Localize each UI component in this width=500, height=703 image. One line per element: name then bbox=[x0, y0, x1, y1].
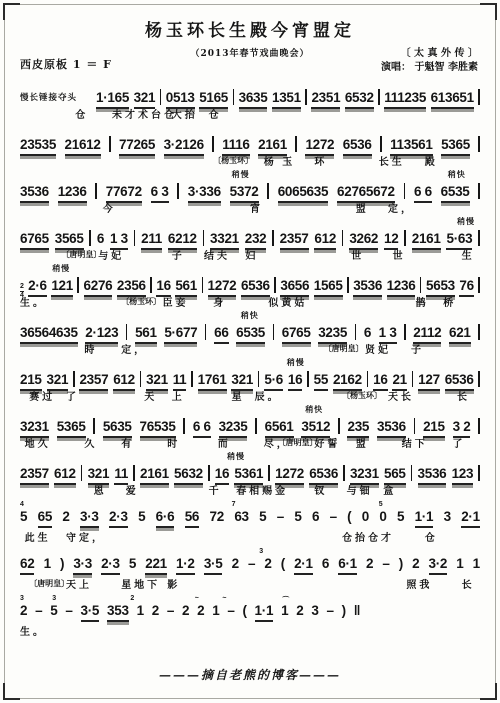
lyric-line: 仓未才术台仓大抬仓 bbox=[20, 106, 480, 119]
lyric-line: 時定，〔唐明皇〕贤妃子 bbox=[20, 341, 480, 354]
lyric-syllable: 天 bbox=[144, 388, 157, 403]
lyric-syllable: 盟 bbox=[356, 435, 369, 450]
lyric-syllable: 仓 bbox=[75, 106, 88, 121]
grace-note: ~ bbox=[222, 595, 226, 602]
role-label: 〔唐明皇〕 bbox=[324, 343, 364, 354]
barline bbox=[355, 324, 357, 340]
note-group: – bbox=[382, 556, 389, 573]
barline bbox=[420, 277, 422, 293]
grace-note: ~ bbox=[195, 595, 199, 602]
lyric-syllable: 影 bbox=[167, 576, 180, 591]
note-group: 1 bbox=[137, 603, 144, 620]
note-group: 1 bbox=[281, 603, 288, 620]
barline bbox=[202, 277, 204, 293]
lyric-syllable: 时 bbox=[167, 435, 180, 450]
lyric-syllable: 子 bbox=[172, 247, 185, 262]
lyric-syllable: 鹊 bbox=[416, 294, 429, 309]
barline bbox=[307, 371, 309, 387]
note-group: 2 bbox=[197, 603, 204, 620]
lyric-syllable: 长 bbox=[462, 576, 475, 591]
note-group: 353 bbox=[107, 603, 129, 622]
notation-line: 稍慢242·6121627623561656112726536365615653… bbox=[20, 262, 480, 309]
barline bbox=[177, 183, 179, 199]
note-group: 3·5 bbox=[81, 603, 100, 622]
role-label: 〔杨玉环〕 bbox=[342, 390, 382, 401]
note-group: ‖ bbox=[354, 603, 360, 620]
tempo-mark: 稍快 bbox=[241, 310, 259, 321]
lyric-syllable: 臣妾 bbox=[163, 294, 189, 309]
barline bbox=[77, 277, 79, 293]
note-group: 2·3 bbox=[109, 509, 128, 528]
lyric-syllable: 结夫 bbox=[204, 247, 230, 262]
lyric-syllable: 仓抬仓才 bbox=[342, 529, 394, 544]
note-group: ) bbox=[399, 556, 403, 573]
lyric-syllable: 桥 bbox=[443, 294, 456, 309]
percussion-pattern-label: 慢长锤接夺头 bbox=[20, 91, 94, 103]
performers-label: 演唱： 于魁智 李胜素 bbox=[381, 58, 478, 73]
notation-line: 稍慢21532123576123211117613215·61655216216… bbox=[20, 356, 480, 403]
barline bbox=[109, 136, 111, 152]
lyric-line: 〔唐明皇〕天上星地下影照我长 bbox=[20, 576, 480, 589]
note-group: 2 bbox=[296, 603, 303, 620]
barline bbox=[140, 371, 142, 387]
barline bbox=[378, 89, 380, 105]
note-group: 3·3 bbox=[73, 556, 92, 575]
barline bbox=[411, 465, 413, 481]
barline bbox=[380, 136, 382, 152]
grace-note: 4 bbox=[20, 501, 24, 508]
note-group: 6 bbox=[322, 556, 329, 573]
lyric-syllable: 而 bbox=[218, 435, 231, 450]
tempo-mark: 稍慢 bbox=[227, 451, 245, 462]
tempo-mark: 稍快 bbox=[305, 404, 323, 415]
lyric-syllable: 生。 bbox=[20, 294, 46, 309]
lyric-syllable: 爱 bbox=[126, 482, 139, 497]
barline bbox=[478, 277, 480, 293]
note-group: ( bbox=[242, 603, 246, 620]
tempo-mark: 稍慢 bbox=[287, 357, 305, 368]
tempo-mark: 稍慢 bbox=[232, 169, 250, 180]
lyric-syllable: 地久 bbox=[25, 435, 51, 450]
barline bbox=[267, 183, 269, 199]
corner-mark-top-right bbox=[480, 3, 497, 20]
lyric-syllable: 恩 bbox=[94, 482, 107, 497]
note-group: 1 bbox=[212, 603, 219, 620]
note-group: ) bbox=[60, 556, 64, 573]
tempo-mark: 稍快 bbox=[448, 169, 466, 180]
note-group: 65 bbox=[38, 509, 52, 528]
note-group: 5 bbox=[294, 509, 301, 526]
note-group: – bbox=[326, 603, 333, 620]
lyric-syllable: 与钿 bbox=[347, 482, 373, 497]
grace-note: 3 bbox=[52, 595, 56, 602]
note-group: 221 bbox=[145, 556, 167, 575]
barline bbox=[150, 277, 152, 293]
note-group: 1·2 bbox=[176, 556, 195, 575]
note-group: – bbox=[330, 509, 337, 526]
note-group: 5 bbox=[138, 509, 145, 526]
note-group: 1 bbox=[473, 556, 480, 573]
music-line: 56523·32·356·65672635–56–(0051·132·1 bbox=[20, 509, 480, 528]
barline bbox=[295, 136, 297, 152]
lyric-line: 〔唐明皇〕与妃子结夫妇世世生 bbox=[20, 247, 480, 260]
lyric-syllable: 有 bbox=[121, 435, 134, 450]
lyric-syllable: 盒 bbox=[383, 482, 396, 497]
lyric-syllable: 生 bbox=[462, 247, 475, 262]
note-group: ) bbox=[342, 603, 346, 620]
lyric-syllable: 春相赐金 bbox=[236, 482, 288, 497]
note-group: ( bbox=[281, 556, 285, 573]
note-group: 5 bbox=[397, 509, 404, 526]
barline bbox=[212, 136, 214, 152]
barline bbox=[478, 89, 480, 105]
barline bbox=[205, 324, 207, 340]
notation-line: 慢长锤接夺头1·16532105135165363513512351653211… bbox=[20, 74, 480, 121]
notation-line: 稍快323153655635765356 6323565613512235353… bbox=[20, 403, 480, 450]
lyric-syllable: 妇 bbox=[245, 247, 258, 262]
lyric-syllable: 天上 bbox=[66, 576, 92, 591]
corner-mark-bottom-right bbox=[480, 683, 497, 700]
lyric-syllable: 定， bbox=[388, 200, 414, 215]
barline bbox=[191, 371, 193, 387]
barline bbox=[338, 418, 340, 434]
barline bbox=[273, 324, 275, 340]
note-group: 0 bbox=[379, 509, 386, 526]
lyric-syllable: 殿 bbox=[425, 153, 438, 168]
barline bbox=[478, 230, 480, 246]
notation-line: 稍慢6765356561 321162123321232235761232621… bbox=[20, 215, 480, 262]
barline bbox=[347, 277, 349, 293]
lyric-syllable: 大抬 bbox=[172, 106, 198, 121]
note-group: 6 bbox=[97, 231, 104, 248]
lyric-syllable: 贤妃 bbox=[365, 341, 391, 356]
lyric-line: 赛过了天上星辰。〔杨玉环〕天长长 bbox=[20, 388, 480, 401]
barline bbox=[73, 371, 75, 387]
note-group: 1·1 bbox=[255, 603, 274, 622]
note-group: 2 bbox=[62, 509, 69, 526]
lyric-syllable: 似黄姑 bbox=[268, 294, 307, 309]
lyric-syllable: 玉 bbox=[282, 153, 295, 168]
barline bbox=[160, 89, 162, 105]
note-group: 3·3 bbox=[80, 509, 99, 528]
barline bbox=[81, 465, 83, 481]
note-group: 2 bbox=[182, 603, 189, 620]
notation-lines: 慢长锤接夺头1·16532105135165363513512351653211… bbox=[20, 74, 480, 638]
music-line: 621)3·32·352211·23·52–2(2·166·12–)23·211 bbox=[20, 556, 480, 575]
note-group: 3 bbox=[444, 509, 451, 526]
lyric-syllable: 长 bbox=[457, 388, 470, 403]
barline bbox=[208, 465, 210, 481]
note-group: 6 bbox=[364, 325, 371, 342]
barline bbox=[478, 465, 480, 481]
role-label: 〔杨玉环〕 bbox=[121, 296, 161, 307]
barline bbox=[404, 230, 406, 246]
lyric-syllable: 了 bbox=[66, 388, 79, 403]
barline bbox=[126, 324, 128, 340]
lyric-line: 生。〔杨玉环〕臣妾身似黄姑鹊桥 bbox=[20, 294, 480, 307]
grace-note: 2 bbox=[130, 595, 134, 602]
lyric-syllable: 世 bbox=[393, 247, 406, 262]
lyric-syllable: 杨 bbox=[264, 153, 277, 168]
role-label: 〔杨玉环〕 bbox=[213, 155, 253, 166]
lyric-syllable: 千 bbox=[209, 482, 222, 497]
note-group: 2 bbox=[366, 556, 373, 573]
notation-line: 3621)3·32·352211·23·52–2(2·166·12–)23·21… bbox=[20, 544, 480, 591]
notation-line: 稍慢稍快35361236776726 33·336537260656356276… bbox=[20, 168, 480, 215]
lyric-syllable: 盟 bbox=[356, 200, 369, 215]
barline bbox=[274, 277, 276, 293]
lyric-line: 〔杨玉环〕杨玉环长生殿 bbox=[20, 153, 480, 166]
lyric-syllable: 结下 bbox=[402, 435, 428, 450]
barline bbox=[412, 371, 414, 387]
lyric-syllable: 赛过 bbox=[29, 388, 55, 403]
grace-note: 3 bbox=[259, 548, 263, 555]
lyric-syllable: 好誓 bbox=[314, 435, 340, 450]
note-group: 1 bbox=[456, 556, 463, 573]
barline bbox=[478, 183, 480, 199]
note-group: 62 bbox=[20, 556, 34, 575]
footer-credit: ———摘自老熊的博客——— bbox=[18, 666, 482, 683]
note-group: 1·1 bbox=[415, 509, 434, 528]
role-label: 〔唐明皇〕 bbox=[278, 437, 318, 448]
note-group: 3·2 bbox=[429, 556, 448, 575]
notation-line: 2353521612772653·21261116216112726536113… bbox=[20, 121, 480, 168]
barline bbox=[134, 230, 136, 246]
barline bbox=[133, 465, 135, 481]
note-group: 2 bbox=[152, 603, 159, 620]
note-group: 63 bbox=[234, 509, 248, 526]
barline bbox=[233, 89, 235, 105]
grace-note: 3 bbox=[20, 595, 24, 602]
note-group: – bbox=[227, 603, 234, 620]
notation-line: 332~~⌒2–5–3·535312–221–(1·1123–)‖生。 bbox=[20, 591, 480, 638]
note-group: – bbox=[35, 603, 42, 620]
note-group: 5 bbox=[259, 509, 266, 526]
notation-line: 稍慢23576123211121615632165361127265363231… bbox=[20, 450, 480, 497]
barline bbox=[478, 324, 480, 340]
lyric-syllable: 仓 bbox=[425, 529, 438, 544]
lyric-syllable: 未才术台仓 bbox=[112, 106, 177, 121]
note-group: – bbox=[277, 509, 284, 526]
note-group: – bbox=[167, 603, 174, 620]
note-group: 2 bbox=[412, 556, 419, 573]
barline bbox=[305, 89, 307, 105]
note-group: 2 bbox=[264, 556, 271, 573]
barline bbox=[342, 230, 344, 246]
grace-note: 5 bbox=[379, 501, 383, 508]
tempo-mark: 稍慢 bbox=[457, 216, 475, 227]
note-group: 72 bbox=[210, 509, 224, 526]
tempo-mark: 稍慢 bbox=[52, 263, 70, 274]
barline bbox=[95, 183, 97, 199]
lyric-syllable: 守定， bbox=[66, 529, 105, 544]
notation-line: 47556523·32·356·65672635–56–(0051·132·1此… bbox=[20, 497, 480, 544]
lyric-syllable: 今 bbox=[103, 200, 116, 215]
barline bbox=[272, 230, 274, 246]
lyric-syllable: 钗 bbox=[314, 482, 327, 497]
barline bbox=[414, 418, 416, 434]
note-group: 2 bbox=[232, 556, 239, 573]
lyric-syllable: 此生 bbox=[25, 529, 51, 544]
role-label: 〔唐明皇〕 bbox=[61, 249, 101, 260]
barline bbox=[203, 230, 205, 246]
note-group: 2·1 bbox=[294, 556, 313, 575]
barline bbox=[258, 371, 260, 387]
barline bbox=[183, 418, 185, 434]
role-label: 〔唐明皇〕 bbox=[29, 578, 69, 589]
note-group: 2·1 bbox=[461, 509, 480, 528]
barline bbox=[268, 465, 270, 481]
lyric-line: 生。 bbox=[20, 623, 480, 636]
barline bbox=[478, 136, 480, 152]
song-title: 杨玉环长生殿今宵盟定 bbox=[18, 16, 482, 41]
note-group: 5 bbox=[129, 556, 136, 573]
note-group: 3 bbox=[311, 603, 318, 620]
source-opera-label: 〔 太 真 外 传 〕 bbox=[401, 44, 478, 59]
lyric-syllable: 天长 bbox=[388, 388, 414, 403]
music-line: 2–5–3·535312–221–(1·1123–)‖ bbox=[20, 603, 360, 622]
note-group: – bbox=[248, 556, 255, 573]
note-group: – bbox=[65, 603, 72, 620]
lyric-syllable: 仓 bbox=[209, 106, 222, 121]
barline bbox=[404, 183, 406, 199]
lyric-syllable: 了 bbox=[452, 435, 465, 450]
note-group: 2·3 bbox=[101, 556, 120, 575]
lyric-syllable: 身 bbox=[213, 294, 226, 309]
lyric-line: 恩爱千春相赐金钗与钿盒 bbox=[20, 482, 480, 495]
barline bbox=[404, 324, 406, 340]
lyric-syllable: 照我 bbox=[406, 576, 432, 591]
barline bbox=[343, 465, 345, 481]
note-group: ( bbox=[347, 509, 351, 526]
grace-note: 7 bbox=[232, 501, 236, 508]
lyric-syllable: 子 bbox=[411, 341, 424, 356]
lyric-line: 地久久有时而尽，〔唐明皇〕好誓盟结下了 bbox=[20, 435, 480, 448]
lyric-syllable: 世 bbox=[351, 247, 364, 262]
lyric-syllable: 与妃 bbox=[98, 247, 124, 262]
note-group: 1 bbox=[44, 556, 51, 573]
lyric-syllable: 定， bbox=[121, 341, 147, 356]
barline bbox=[89, 230, 91, 246]
lyric-syllable: 生。 bbox=[20, 623, 46, 638]
lyric-syllable: 上 bbox=[172, 388, 185, 403]
lyric-syllable: 星地下 bbox=[121, 576, 160, 591]
sheet-music-page: { "page": { "title": "杨玉环长生殿今宵盟定", "subt… bbox=[0, 0, 500, 703]
mode-and-key-label: 西皮原板 1 ＝ F bbox=[20, 56, 112, 72]
lyric-syllable: 长生 bbox=[379, 153, 405, 168]
sheet-body: 杨玉环长生殿今宵盟定 （2013年春节戏曲晚会） 〔 太 真 外 传 〕 演唱：… bbox=[18, 8, 482, 695]
lyric-syllable: 辰。 bbox=[255, 388, 281, 403]
note-group: 6·6 bbox=[156, 509, 175, 528]
barline bbox=[367, 371, 369, 387]
note-group: 2 bbox=[20, 603, 27, 620]
lyric-syllable: 久 bbox=[84, 435, 97, 450]
barline bbox=[478, 418, 480, 434]
note-group: 5 bbox=[50, 603, 57, 620]
barline bbox=[93, 418, 95, 434]
note-group: 0 bbox=[362, 509, 369, 526]
lyric-syllable: 宵 bbox=[250, 200, 263, 215]
note-group: 3·5 bbox=[204, 556, 223, 575]
note-group: 6 bbox=[312, 509, 319, 526]
barline bbox=[478, 371, 480, 387]
lyric-line: 此生守定，仓抬仓才仓 bbox=[20, 529, 480, 542]
barline bbox=[255, 418, 257, 434]
lyric-syllable: 時 bbox=[84, 341, 97, 356]
lyric-line: 今宵盟定， bbox=[20, 200, 480, 213]
note-group: 6·1 bbox=[338, 556, 357, 575]
lyric-syllable: 星 bbox=[232, 388, 245, 403]
note-group: 5 bbox=[20, 509, 27, 526]
note-group: 56 bbox=[185, 509, 199, 528]
lyric-syllable: 环 bbox=[314, 153, 327, 168]
notation-line: 稍快365646352·1235615·6776665356765323561 … bbox=[20, 309, 480, 356]
